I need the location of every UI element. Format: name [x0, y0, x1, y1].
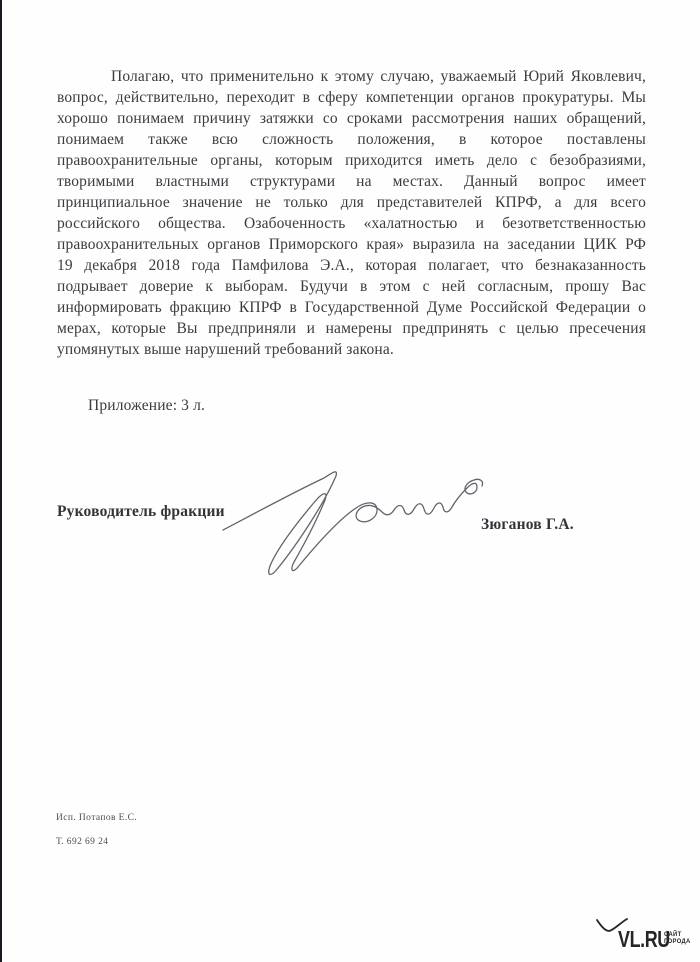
- body-line: Полагаю, что применительно к этому случа…: [57, 66, 646, 87]
- body-line: хорошо понимаем причину затяжки со срока…: [57, 108, 646, 129]
- body-line: вопрос, действительно, переходит в сферу…: [57, 87, 646, 108]
- signer-name-label: Зюганов Г.А.: [481, 516, 574, 534]
- executor-note: Исп. Потапов Е.С.: [56, 813, 137, 823]
- body-line: понимаем также всю сложность положения, …: [57, 129, 646, 150]
- signature-stroke: [223, 472, 483, 575]
- body-line: правоохранительные органы, которым прихо…: [57, 150, 646, 171]
- body-paragraph: Полагаю, что применительно к этому случа…: [57, 66, 646, 360]
- body-line: 19 декабря 2018 года Памфилова Э.А., кот…: [57, 255, 646, 276]
- body-line: принципиальное значение не только для пр…: [57, 192, 646, 213]
- body-line: правоохранительных органов Приморского к…: [57, 234, 646, 255]
- body-line: информировать фракцию КПРФ в Государстве…: [57, 297, 646, 318]
- body-line: подрывает доверие к выборам. Будучи в эт…: [57, 276, 646, 297]
- body-line: упомянутых выше нарушений требований зак…: [57, 339, 646, 360]
- vlru-watermark: VL.RU САЙТ ГОРОДА: [593, 910, 695, 958]
- attachment-note: Приложение: 3 л.: [88, 397, 205, 415]
- watermark-tagline-line2: ГОРОДА: [664, 938, 691, 945]
- scanned-letter-page: { "colors": { "page_bg": "#fefefe", "edg…: [0, 0, 700, 962]
- scan-edge-line: [0, 0, 2, 962]
- body-line: творимыми властными структурами на места…: [57, 171, 646, 192]
- signer-role-label: Руководитель фракции: [57, 503, 225, 521]
- executor-phone: Т. 692 69 24: [56, 837, 108, 847]
- watermark-tagline: САЙТ ГОРОДА: [664, 931, 691, 945]
- body-line: мерах, которые Вы предприняли и намерены…: [57, 318, 646, 339]
- handwritten-signature: [220, 446, 490, 591]
- watermark-brand-text: VL.RU: [618, 928, 670, 951]
- watermark-tagline-line1: САЙТ: [664, 931, 691, 938]
- body-line: российского общества. Озабоченность «хал…: [57, 213, 646, 234]
